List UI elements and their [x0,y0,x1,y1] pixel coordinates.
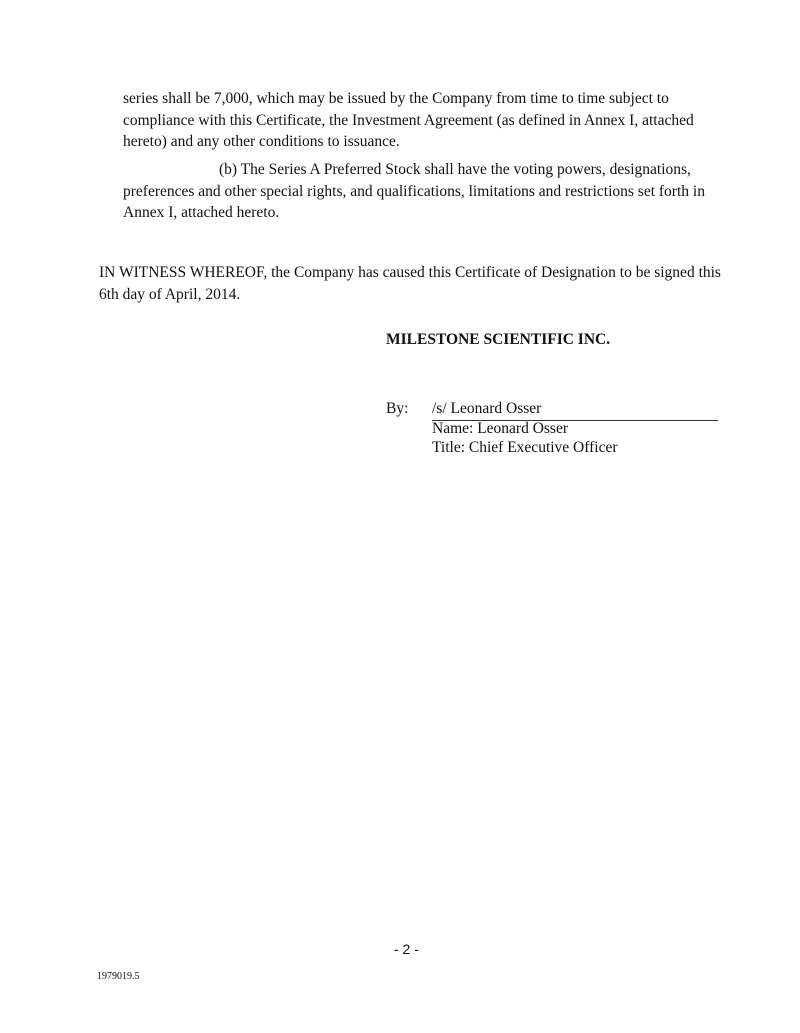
paragraph-witness: IN WITNESS WHEREOF, the Company has caus… [99,262,724,305]
page-number: - 2 - [394,941,419,957]
signatory-name: Name: Leonard Osser [432,420,568,438]
signature-by-label: By: [386,400,408,418]
company-name: MILESTONE SCIENTIFIC INC. [386,331,610,349]
paragraph-continuation: series shall be 7,000, which may be issu… [123,88,723,153]
clause-b-text: (b) The Series A Preferred Stock shall h… [123,161,705,221]
signature-line: /s/ Leonard Osser [432,400,718,421]
signatory-title: Title: Chief Executive Officer [432,439,618,457]
paragraph-clause-b: (b) The Series A Preferred Stock shall h… [123,159,723,224]
document-id: 1979019.5 [97,971,140,982]
signature-text: /s/ Leonard Osser [432,400,541,417]
